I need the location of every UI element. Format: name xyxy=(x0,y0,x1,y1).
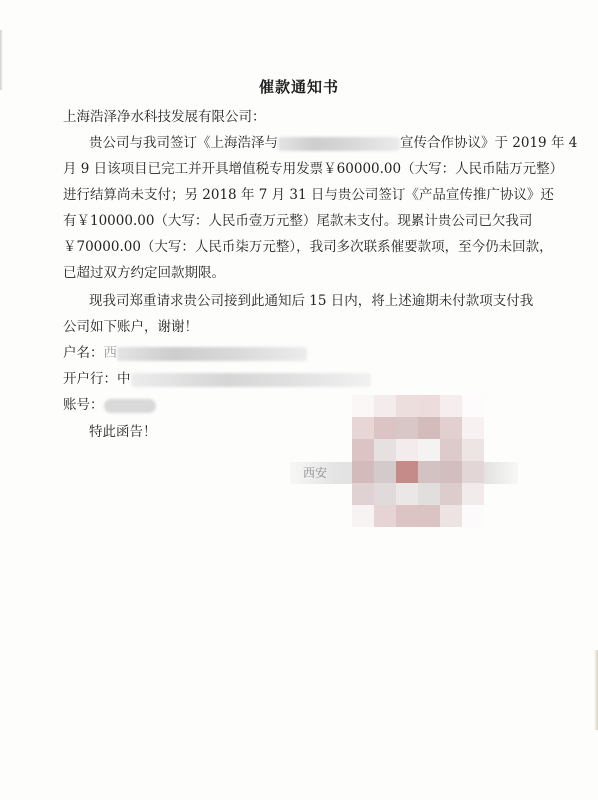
paragraph1-line5: ￥70000.00（大写：人民币柒万元整），我司多次联系催要款项，至今仍未回款， xyxy=(63,238,553,256)
document-title: 催款通知书 xyxy=(0,76,598,97)
recipient-line: 上海浩泽净水科技发展有限公司： xyxy=(63,108,266,126)
bank-line: 开户行：中 xyxy=(63,370,371,388)
paragraph1-line3: 进行结算尚未支付；另 2018 年 7 月 31 日与贵公司签订《产品宣传推广协… xyxy=(63,186,554,204)
account-number-label: 账号： xyxy=(63,397,104,413)
redacted-account-number xyxy=(104,399,156,413)
account-name-label: 户名： xyxy=(63,345,104,361)
redacted-account-name xyxy=(117,347,307,361)
redacted-bank-name xyxy=(131,373,371,387)
paragraph1-line2: 月 9 日该项目已完工并开具增值税专用发票￥60000.00（大写：人民币陆万元… xyxy=(63,160,563,178)
document-page: 催款通知书 上海浩泽净水科技发展有限公司： 贵公司与我司签订《上海浩泽与宣传合作… xyxy=(0,0,598,800)
account-name-prefix: 西 xyxy=(104,345,118,361)
paragraph1-line6: 已超过双方约定回款期限。 xyxy=(63,264,225,282)
account-name-line: 户名：西 xyxy=(63,344,307,362)
paragraph1-line4: 有￥10000.00（大写：人民币壹万元整）尾款未支付。现累计贵公司已欠我司 xyxy=(63,212,532,230)
closing-line: 特此函告！ xyxy=(89,423,157,441)
bank-prefix: 中 xyxy=(117,371,131,387)
paragraph1-text-after: 宣传合作协议》于 2019 年 4 xyxy=(400,135,577,151)
company-seal-pixelated xyxy=(352,395,484,527)
paragraph2-line2: 公司如下账户，谢谢！ xyxy=(63,318,198,336)
redacted-partner-name xyxy=(278,137,400,151)
paper-edge-shadow xyxy=(594,650,598,730)
signature-prefix: 西安 xyxy=(303,464,327,481)
bank-label: 开户行： xyxy=(63,371,117,387)
paragraph1-line1: 贵公司与我司签订《上海浩泽与宣传合作协议》于 2019 年 4 xyxy=(89,134,577,152)
paragraph2-line1: 现我司郑重请求贵公司接到此通知后 15 日内，将上述逾期未付款项支付我 xyxy=(89,292,533,310)
paragraph1-text-before: 贵公司与我司签订《上海浩泽与 xyxy=(89,135,278,151)
account-number-line: 账号： xyxy=(63,396,156,414)
